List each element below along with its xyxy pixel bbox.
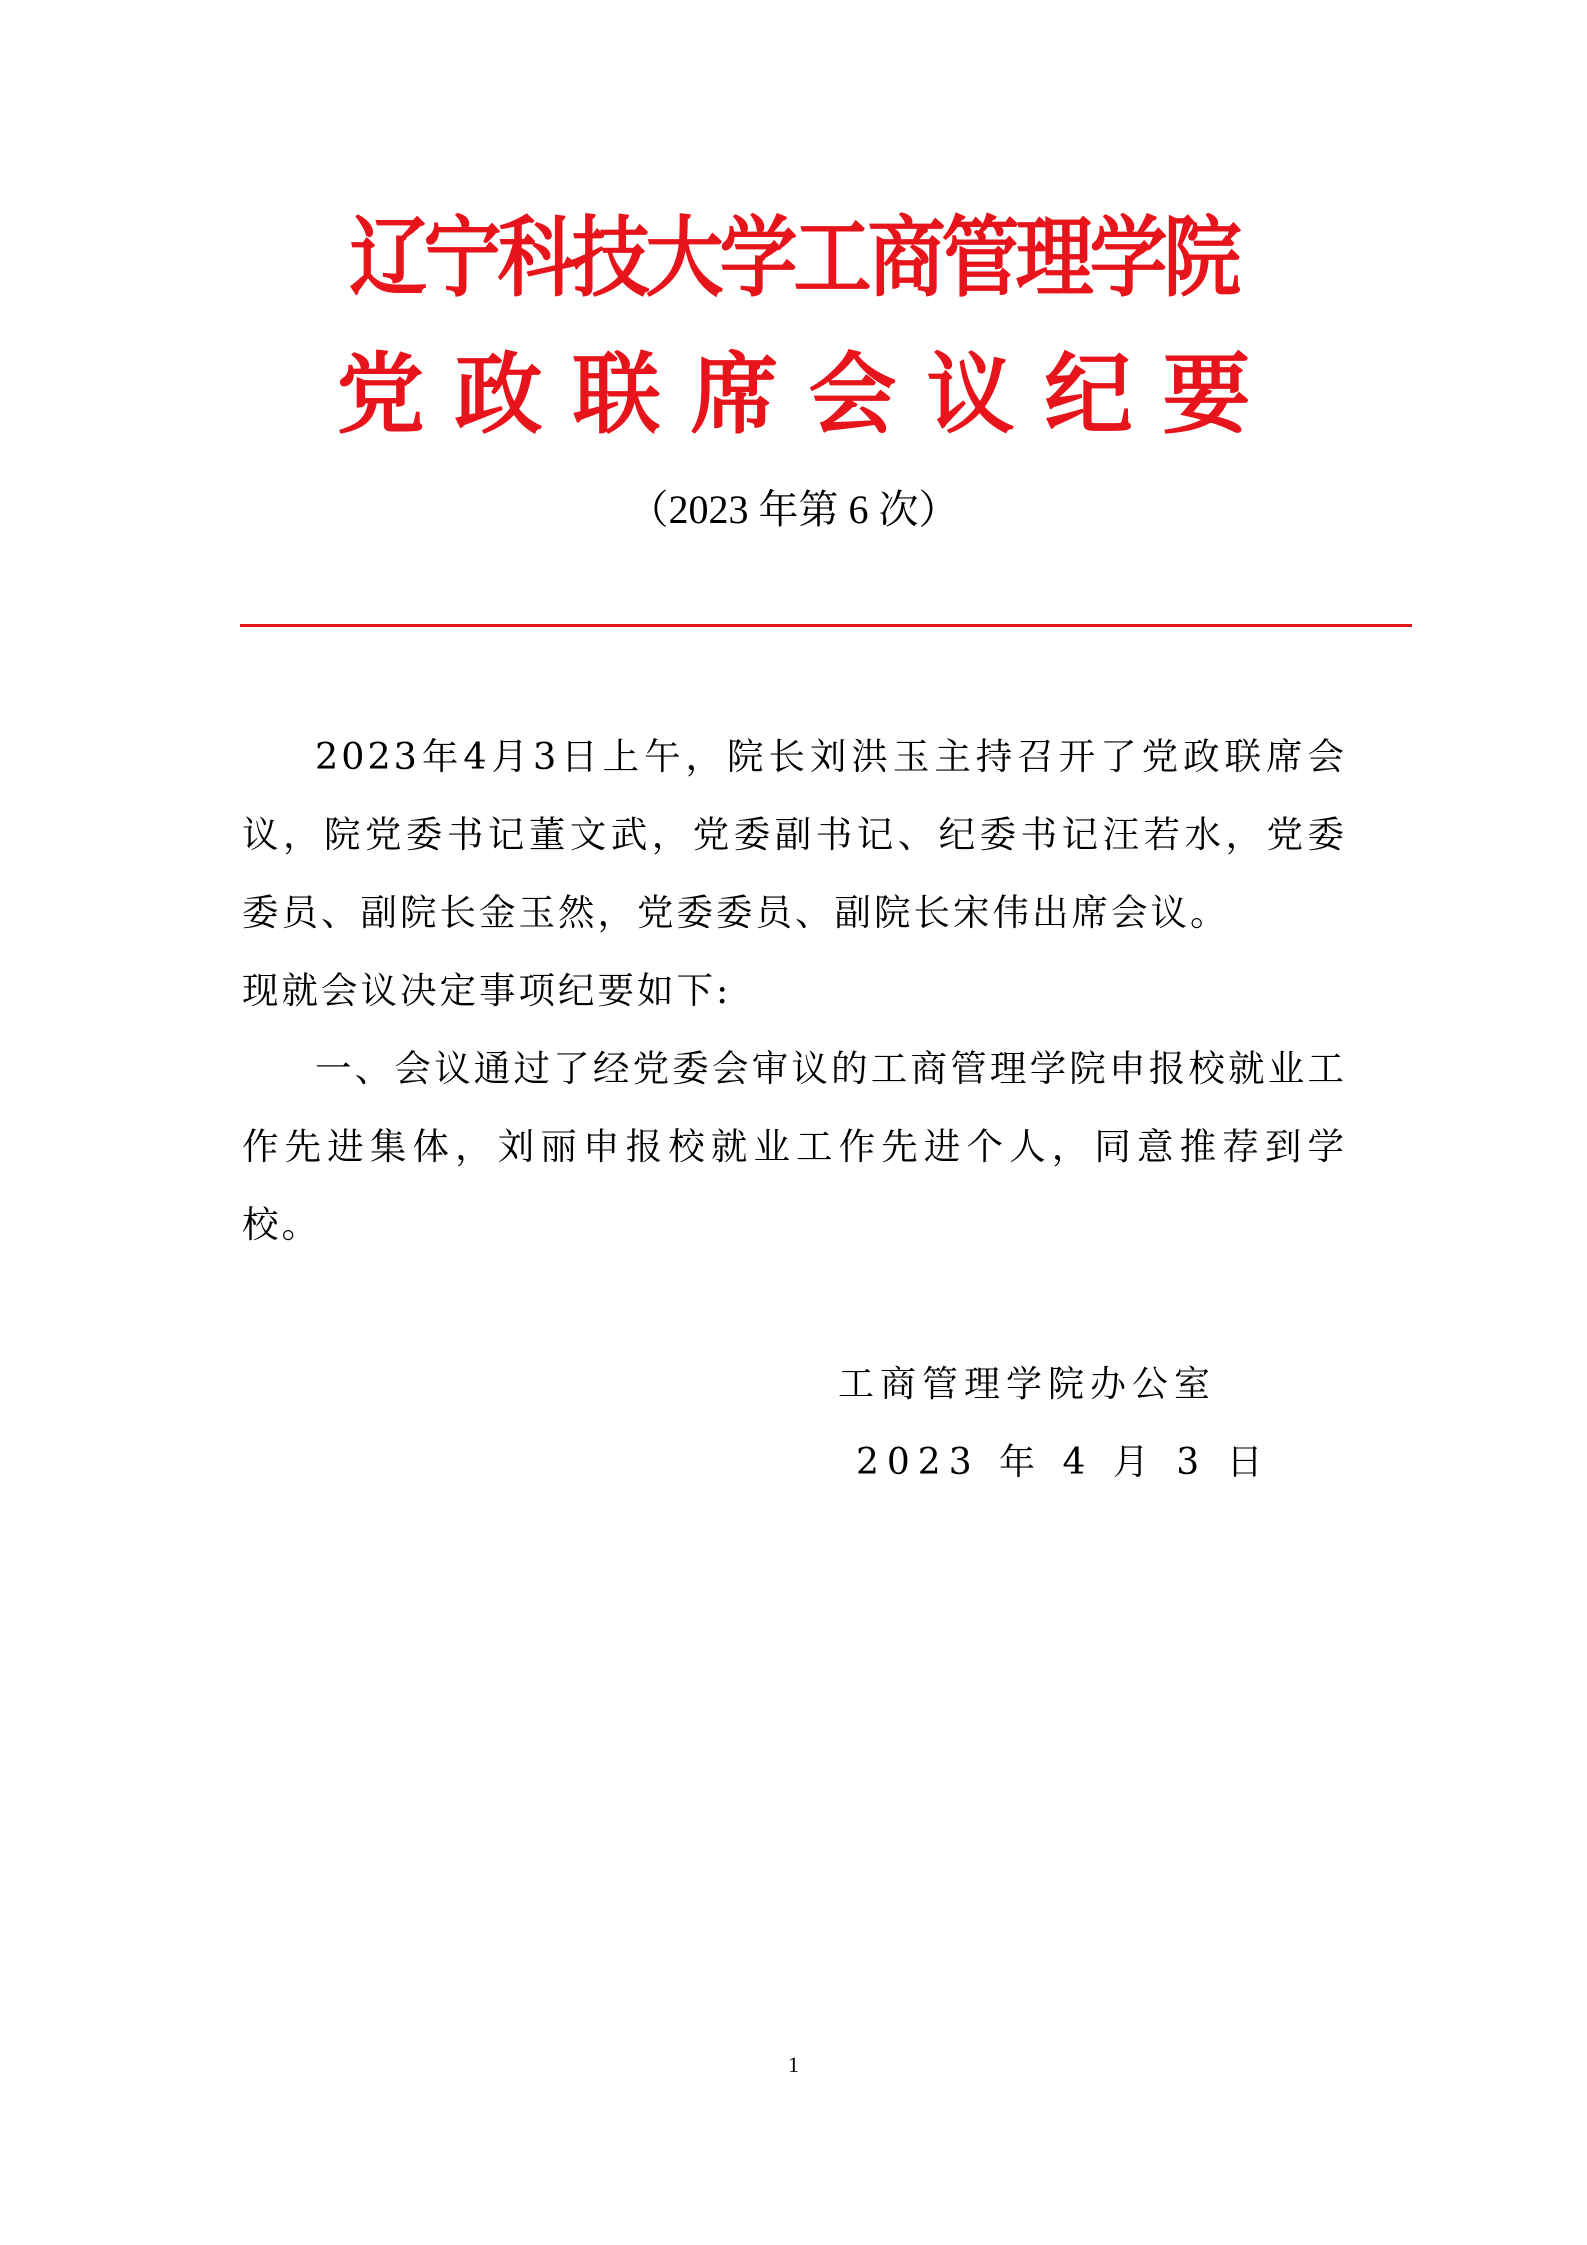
document-page: 辽宁科技大学工商管理学院 党政联席会议纪要 （2023 年第 6 次） 2023…: [0, 0, 1587, 2245]
page-number: 1: [0, 2052, 1587, 2078]
institution-title: 辽宁科技大学工商管理学院: [0, 205, 1587, 313]
body-paragraph-attendance: 2023年4月3日上午，院长刘洪玉主持召开了党政联席会议，院党委书记董文武，党委…: [242, 718, 1347, 952]
signoff-block: 工商管理学院办公室 2023 年 4 月 3 日: [838, 1346, 1271, 1502]
header-divider-red: [240, 624, 1412, 627]
document-type-title: 党政联席会议纪要: [0, 340, 1587, 450]
issue-number: （2023 年第 6 次）: [0, 482, 1587, 538]
signoff-date: 2023 年 4 月 3 日: [838, 1424, 1271, 1502]
signoff-office: 工商管理学院办公室: [838, 1346, 1271, 1424]
document-body: 2023年4月3日上午，院长刘洪玉主持召开了党政联席会议，院党委书记董文武，党委…: [242, 718, 1347, 1264]
body-paragraph-intro: 现就会议决定事项纪要如下:: [242, 952, 1347, 1030]
body-paragraph-decision-1: 一、会议通过了经党委会审议的工商管理学院申报校就业工作先进集体，刘丽申报校就业工…: [242, 1030, 1347, 1264]
